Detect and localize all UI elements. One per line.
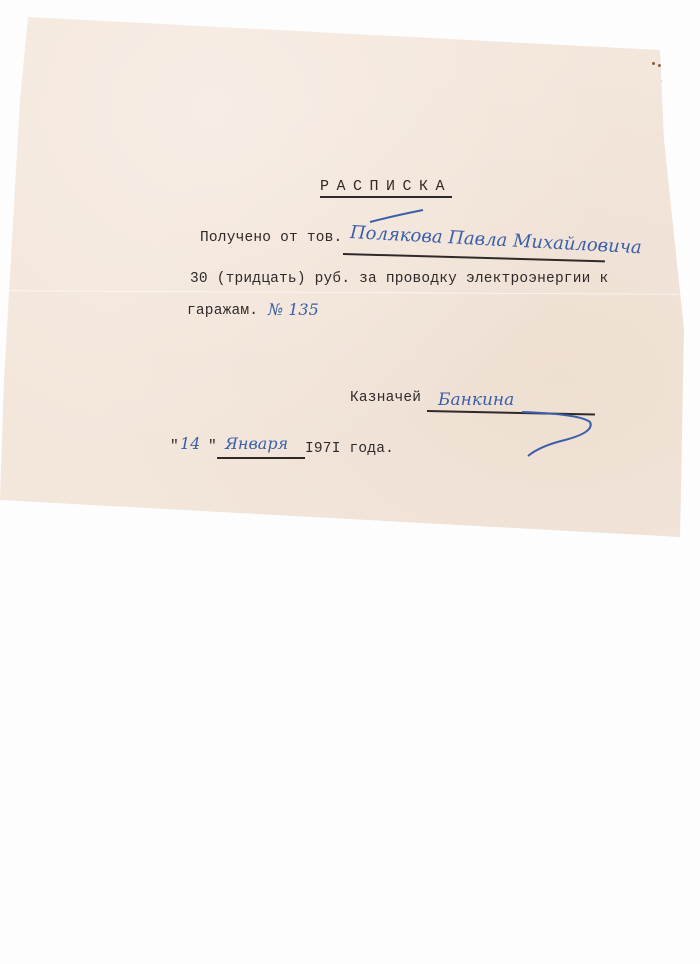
stain-mark (658, 64, 661, 67)
amount-line: 30 (тридцать) руб. за проводку электроэн… (190, 271, 608, 287)
stain-mark (652, 62, 655, 65)
fold-line (0, 290, 700, 295)
treasurer-signature: Банкина (438, 390, 514, 410)
date-month: Января (225, 434, 288, 453)
document-title: РАСПИСКА (320, 178, 452, 198)
date-day: 14 (180, 434, 200, 453)
date-underline (217, 457, 305, 459)
date-year: I97I года. (305, 441, 394, 457)
date-open-quote: " (170, 439, 179, 455)
signature-flourish-icon (520, 410, 600, 460)
date-close-quote: " (208, 439, 217, 455)
stain-mark (661, 80, 663, 82)
received-from-label: Получено от тов. (200, 230, 342, 246)
pen-stroke-icon (368, 208, 428, 228)
receipt-number: № 135 (268, 300, 319, 319)
purpose-continuation: гаражам. (187, 303, 258, 319)
treasurer-label: Казначей (350, 390, 421, 406)
